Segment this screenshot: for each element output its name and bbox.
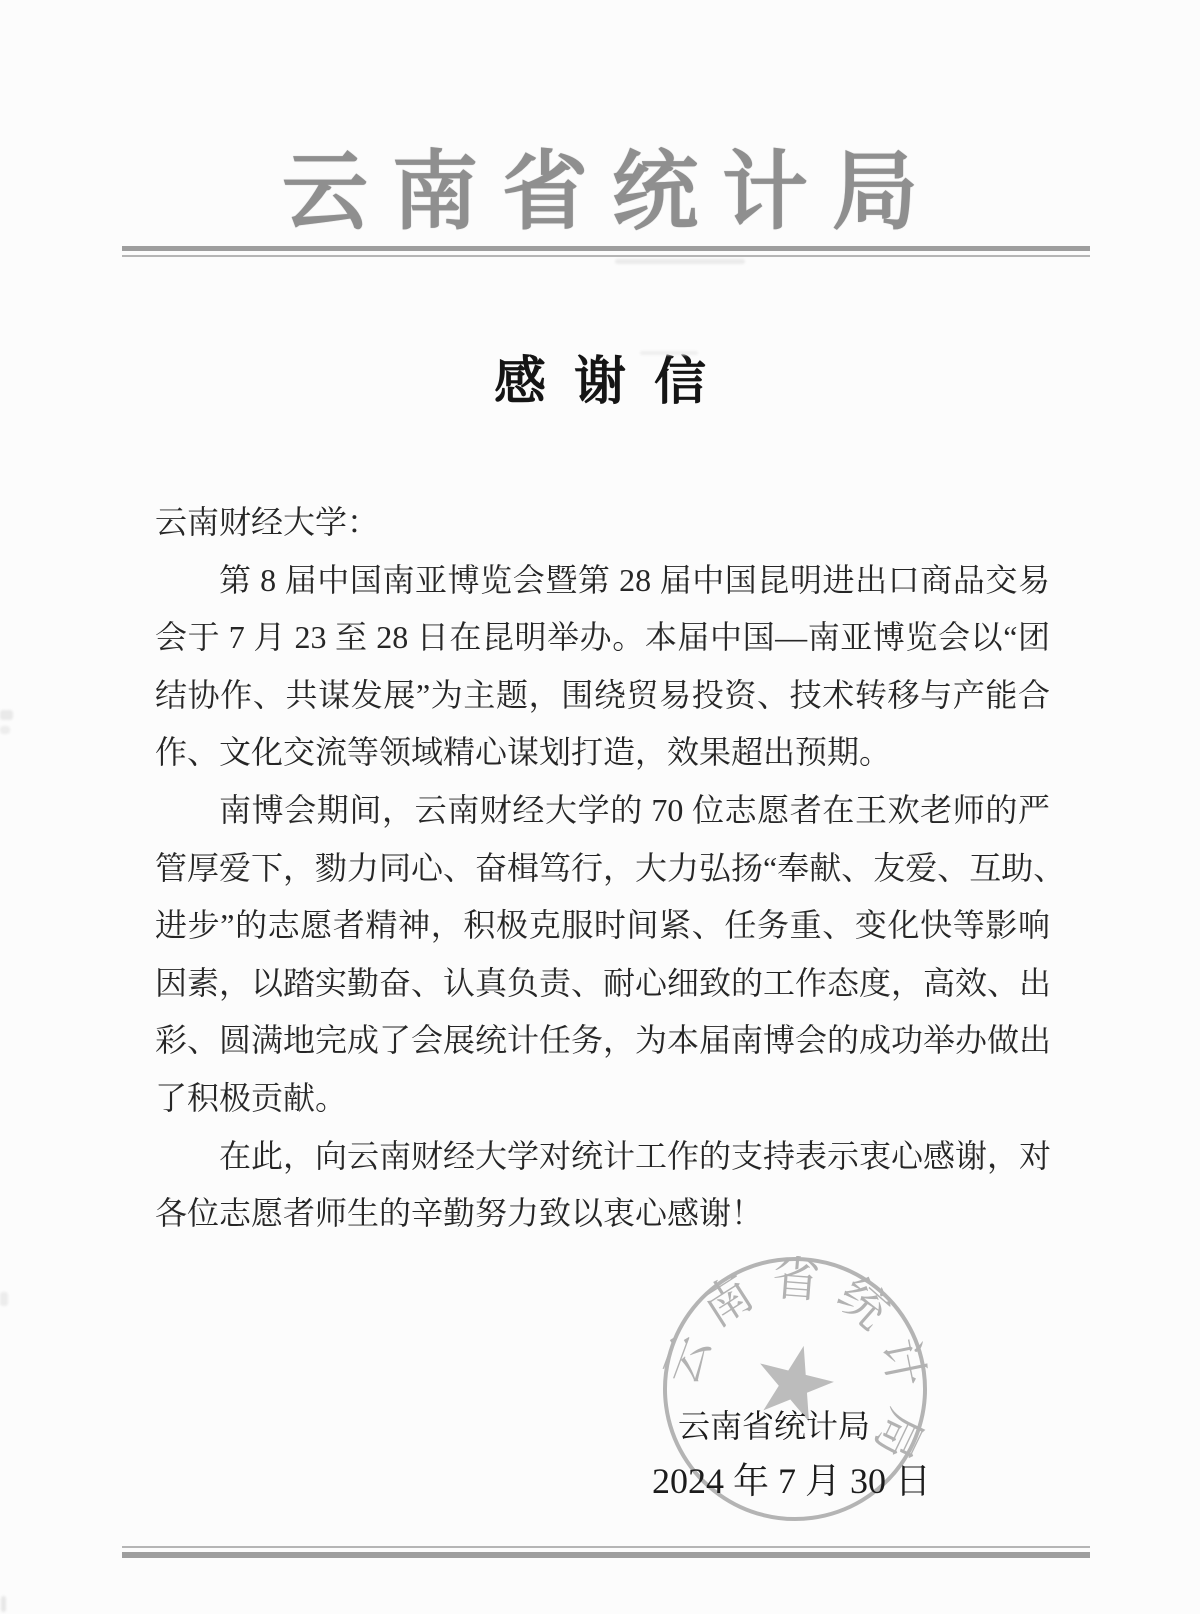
- footer-rule-thin: [122, 1546, 1090, 1548]
- body-line: 南博会期间，云南财经大学的 70 位志愿者在王欢老师的严: [155, 782, 1050, 840]
- body-line: 因素，以踏实勤奋、认真负责、耐心细致的工作态度，高效、出: [155, 955, 1050, 1013]
- scan-artifact: [0, 710, 13, 720]
- body-line: 彩、圆满地完成了会展统计任务，为本届南博会的成功举办做出: [155, 1012, 1050, 1070]
- body-line: 各位志愿者师生的辛勤努力致以衷心感谢！: [155, 1185, 1050, 1243]
- scanned-letter-page: { "page": { "background": "#fcfcfc" }, "…: [0, 0, 1200, 1614]
- body-line: 第 8 届中国南亚博览会暨第 28 届中国昆明进出口商品交易: [155, 552, 1050, 610]
- letterhead-rule-thin: [122, 255, 1090, 257]
- scan-artifact: [1, 1596, 6, 1612]
- scan-artifact: [640, 351, 698, 355]
- body-line: 在此，向云南财经大学对统计工作的支持表示衷心感谢，对: [155, 1128, 1050, 1186]
- footer-rule-thick: [122, 1552, 1090, 1558]
- body-line: 结协作、共谋发展”为主题，围绕贸易投资、技术转移与产能合: [155, 667, 1050, 725]
- letterhead-org-name: 云南省统计局: [0, 142, 1200, 242]
- document-title: 感谢信: [0, 352, 1200, 414]
- body-line: 作、文化交流等领域精心谋划打造，效果超出预期。: [155, 724, 1050, 782]
- body-line: 会于 7 月 23 至 28 日在昆明举办。本届中国—南亚博览会以“团: [155, 609, 1050, 667]
- body-line: 管厚爱下，勠力同心、奋楫笃行，大力弘扬“奉献、友爱、互助、: [155, 840, 1050, 898]
- scan-artifact: [615, 259, 745, 264]
- signature-org-name: 云南省统计局: [678, 1406, 938, 1446]
- body-line: 进步”的志愿者精神，积极克服时间紧、任务重、变化快等影响: [155, 897, 1050, 955]
- body-line: 了积极贡献。: [155, 1070, 1050, 1128]
- scan-artifact: [0, 726, 10, 734]
- letterhead-rule-thick: [122, 246, 1090, 251]
- scan-artifact: [0, 1292, 8, 1306]
- salutation-line: 云南财经大学：: [155, 494, 1050, 552]
- signature-date: 2024 年 7 月 30 日: [652, 1460, 952, 1502]
- letter-body: 云南财经大学： 第 8 届中国南亚博览会暨第 28 届中国昆明进出口商品交易 会…: [155, 494, 1050, 1243]
